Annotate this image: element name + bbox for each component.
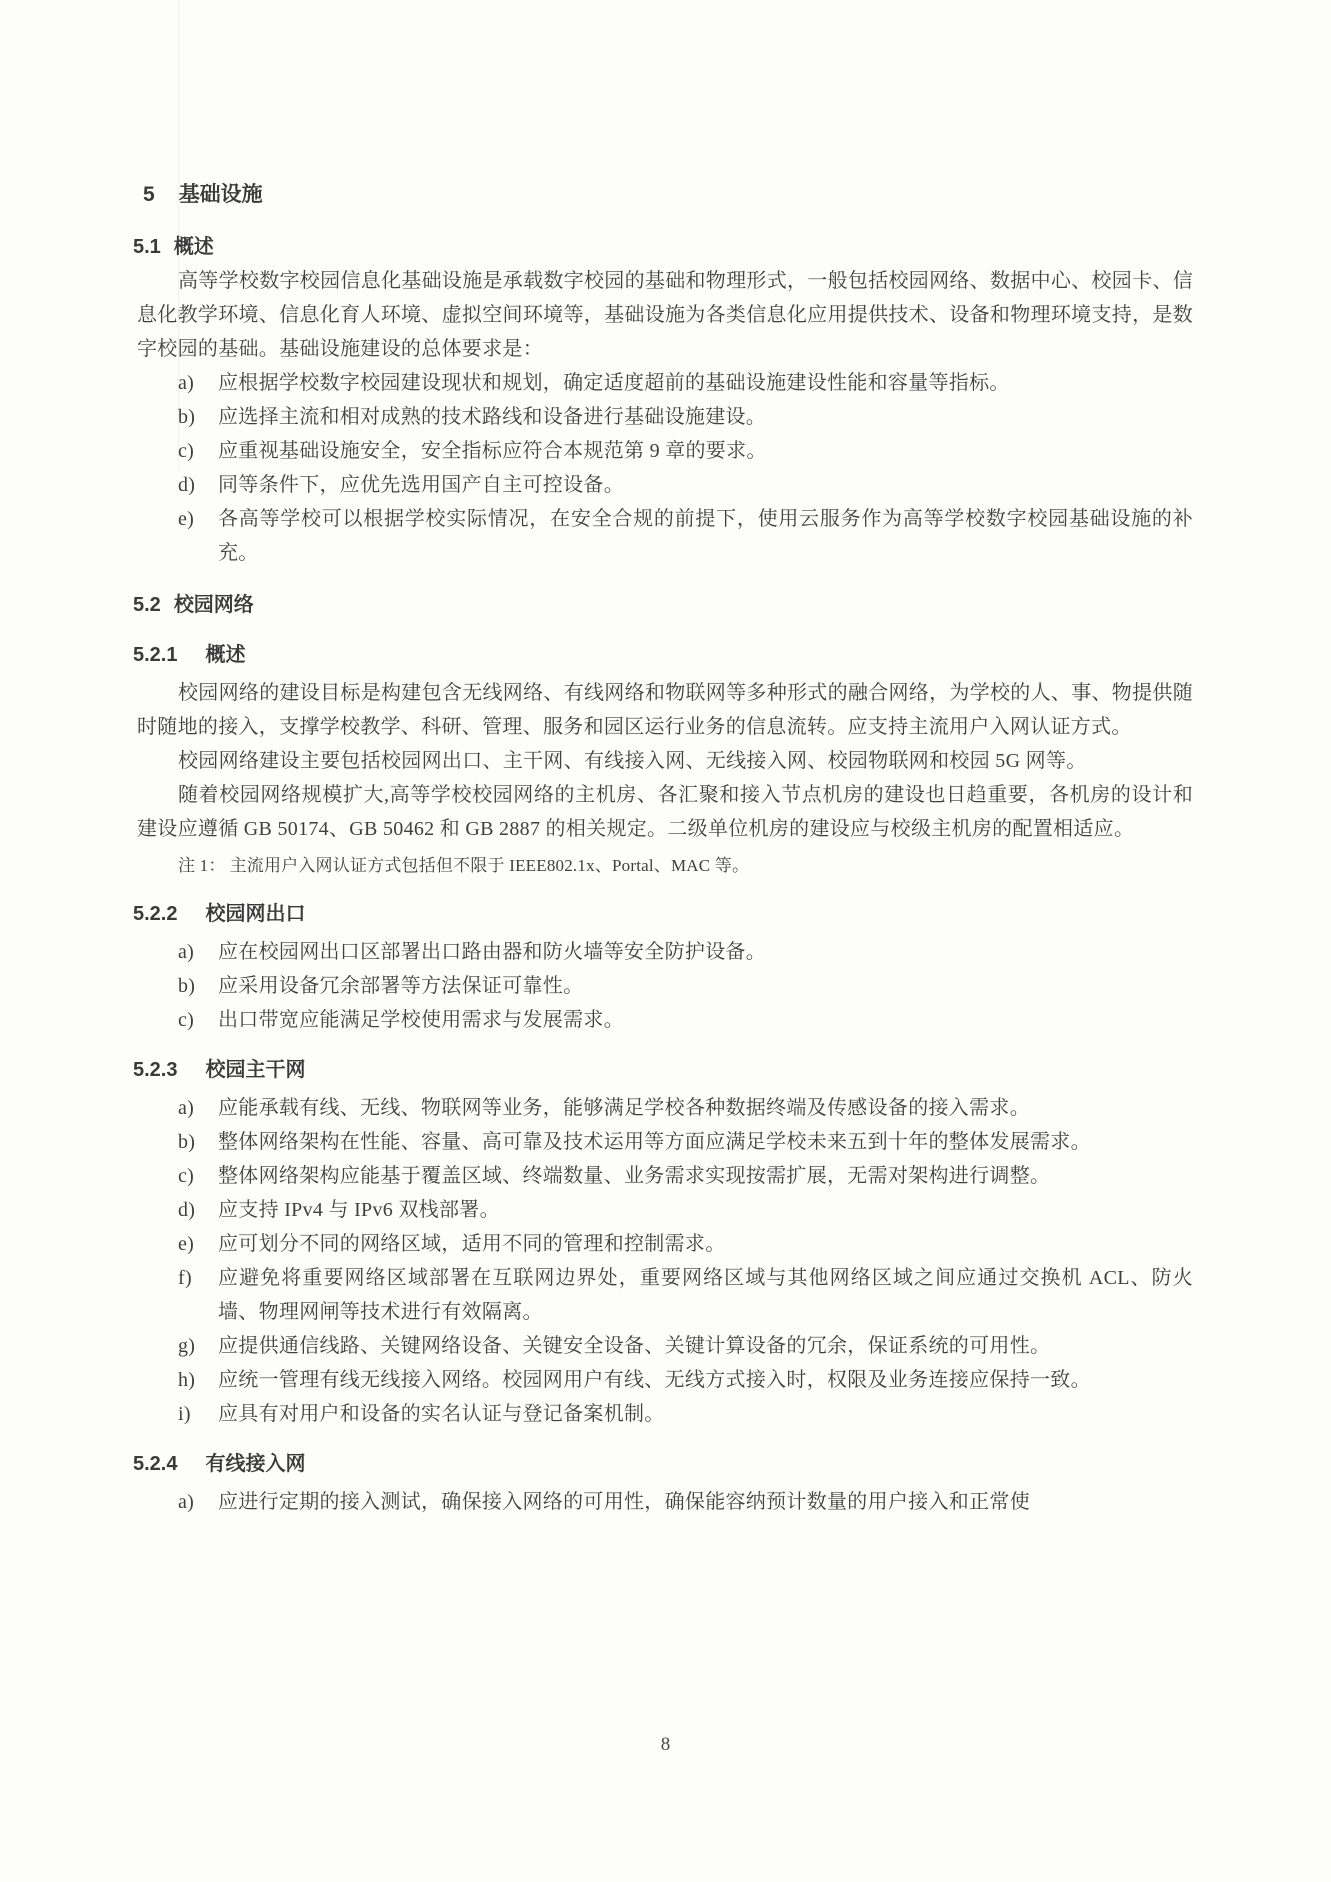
clause-number: 5.2.2: [133, 903, 177, 925]
list-item-text: 应进行定期的接入测试，确保接入网络的可用性，确保能容纳预计数量的用户接入和正常使: [218, 1491, 1030, 1513]
list-item-marker: e): [178, 502, 194, 536]
ordered-list: a)应能承载有线、无线、物联网等业务，能够满足学校各种数据终端及传感设备的接入需…: [137, 1091, 1193, 1431]
ordered-list: a)应在校园网出口区部署出口路由器和防火墙等安全防护设备。b)应采用设备冗余部署…: [137, 935, 1193, 1037]
list-item: a)应进行定期的接入测试，确保接入网络的可用性，确保能容纳预计数量的用户接入和正…: [137, 1485, 1193, 1519]
clause-title: 校园网出口: [205, 903, 305, 925]
paragraph: 校园网络建设主要包括校园网出口、主干网、有线接入网、无线接入网、校园物联网和校园…: [137, 744, 1193, 778]
list-item-text: 应重视基础设施安全，安全指标应符合本规范第 9 章的要求。: [218, 440, 767, 462]
paragraph: 随着校园网络规模扩大,高等学校校园网络的主机房、各汇聚和接入节点机房的建设也日趋…: [137, 778, 1193, 846]
document-content: 5基础设施5.1概述高等学校数字校园信息化基础设施是承载数字校园的基础和物理形式…: [137, 0, 1193, 1519]
document-page: 5基础设施5.1概述高等学校数字校园信息化基础设施是承载数字校园的基础和物理形式…: [0, 0, 1331, 1882]
clause-number: 5.2.4: [133, 1453, 177, 1475]
clause-heading: 5基础设施: [143, 178, 1193, 212]
list-item-marker: b): [178, 969, 195, 1003]
subsubclause-heading: 5.2.3校园主干网: [133, 1053, 1193, 1087]
ordered-list: a)应根据学校数字校园建设现状和规划，确定适度超前的基础设施建设性能和容量等指标…: [137, 366, 1193, 570]
clause-number: 5: [143, 183, 155, 206]
list-item: d)同等条件下，应优先选用国产自主可控设备。: [137, 468, 1193, 502]
list-item-text: 应具有对用户和设备的实名认证与登记备案机制。: [218, 1403, 665, 1425]
list-item: b)整体网络架构在性能、容量、高可靠及技术运用等方面应满足学校未来五到十年的整体…: [137, 1125, 1193, 1159]
list-item: b)应选择主流和相对成熟的技术路线和设备进行基础设施建设。: [137, 400, 1193, 434]
list-item-text: 应避免将重要网络区域部署在互联网边界处，重要网络区域与其他网络区域之间应通过交换…: [218, 1267, 1193, 1323]
list-item-marker: a): [178, 366, 194, 400]
list-item-marker: c): [178, 1003, 194, 1037]
list-item: a)应在校园网出口区部署出口路由器和防火墙等安全防护设备。: [137, 935, 1193, 969]
paragraph: 高等学校数字校园信息化基础设施是承载数字校园的基础和物理形式，一般包括校园网络、…: [137, 264, 1193, 366]
list-item-text: 应采用设备冗余部署等方法保证可靠性。: [218, 975, 583, 997]
list-item-text: 同等条件下，应优先选用国产自主可控设备。: [218, 474, 624, 496]
list-item-marker: a): [178, 1485, 194, 1519]
list-item-marker: h): [178, 1363, 195, 1397]
page-number: 8: [0, 1734, 1331, 1756]
clause-number: 5.1: [133, 236, 161, 258]
note-text: 主流用户入网认证方式包括但不限于 IEEE802.1x、Portal、MAC 等…: [230, 856, 750, 875]
list-item-text: 应在校园网出口区部署出口路由器和防火墙等安全防护设备。: [218, 941, 766, 963]
note-label: 注 1：: [178, 856, 226, 875]
list-item-marker: a): [178, 1091, 194, 1125]
list-item-text: 应能承载有线、无线、物联网等业务，能够满足学校各种数据终端及传感设备的接入需求。: [218, 1097, 1030, 1119]
list-item-text: 应根据学校数字校园建设现状和规划，确定适度超前的基础设施建设性能和容量等指标。: [218, 372, 1010, 394]
list-item: c)出口带宽应能满足学校使用需求与发展需求。: [137, 1003, 1193, 1037]
clause-number: 5.2: [133, 594, 161, 616]
list-item-marker: c): [178, 434, 194, 468]
list-item: g)应提供通信线路、关键网络设备、关键安全设备、关键计算设备的冗余，保证系统的可…: [137, 1329, 1193, 1363]
list-item: b)应采用设备冗余部署等方法保证可靠性。: [137, 969, 1193, 1003]
list-item-text: 整体网络架构应能基于覆盖区域、终端数量、业务需求实现按需扩展，无需对架构进行调整…: [218, 1165, 1050, 1187]
ordered-list: a)应进行定期的接入测试，确保接入网络的可用性，确保能容纳预计数量的用户接入和正…: [137, 1485, 1193, 1519]
list-item-text: 整体网络架构在性能、容量、高可靠及技术运用等方面应满足学校未来五到十年的整体发展…: [218, 1131, 1091, 1153]
clause-title: 概述: [205, 644, 245, 666]
list-item: c)整体网络架构应能基于覆盖区域、终端数量、业务需求实现按需扩展，无需对架构进行…: [137, 1159, 1193, 1193]
subsubclause-heading: 5.2.4有线接入网: [133, 1447, 1193, 1481]
clause-number: 5.2.3: [133, 1059, 177, 1081]
list-item-marker: a): [178, 935, 194, 969]
list-item-marker: f): [178, 1261, 192, 1295]
list-item-marker: d): [178, 468, 195, 502]
list-item: d)应支持 IPv4 与 IPv6 双栈部署。: [137, 1193, 1193, 1227]
clause-title: 概述: [174, 236, 214, 258]
list-item: i)应具有对用户和设备的实名认证与登记备案机制。: [137, 1397, 1193, 1431]
clause-title: 校园主干网: [205, 1059, 305, 1081]
list-item-text: 出口带宽应能满足学校使用需求与发展需求。: [218, 1009, 624, 1031]
list-item: e)各高等学校可以根据学校实际情况，在安全合规的前提下，使用云服务作为高等学校数…: [137, 502, 1193, 570]
list-item-text: 应统一管理有线无线接入网络。校园网用户有线、无线方式接入时，权限及业务连接应保持…: [218, 1369, 1091, 1391]
list-item-text: 应支持 IPv4 与 IPv6 双栈部署。: [218, 1199, 500, 1221]
subclause-heading: 5.1概述: [133, 230, 1193, 264]
list-item: f)应避免将重要网络区域部署在互联网边界处，重要网络区域与其他网络区域之间应通过…: [137, 1261, 1193, 1329]
list-item-marker: b): [178, 400, 195, 434]
list-item: e)应可划分不同的网络区域，适用不同的管理和控制需求。: [137, 1227, 1193, 1261]
subsubclause-heading: 5.2.1概述: [133, 638, 1193, 672]
list-item-marker: i): [178, 1397, 191, 1431]
subclause-heading: 5.2校园网络: [133, 588, 1193, 622]
clause-title: 校园网络: [174, 594, 254, 616]
list-item-marker: e): [178, 1227, 194, 1261]
list-item-text: 各高等学校可以根据学校实际情况，在安全合规的前提下，使用云服务作为高等学校数字校…: [218, 508, 1193, 564]
list-item-text: 应选择主流和相对成熟的技术路线和设备进行基础设施建设。: [218, 406, 766, 428]
list-item: h)应统一管理有线无线接入网络。校园网用户有线、无线方式接入时，权限及业务连接应…: [137, 1363, 1193, 1397]
list-item: a)应能承载有线、无线、物联网等业务，能够满足学校各种数据终端及传感设备的接入需…: [137, 1091, 1193, 1125]
note: 注 1：主流用户入网认证方式包括但不限于 IEEE802.1x、Portal、M…: [137, 851, 1193, 881]
clause-number: 5.2.1: [133, 644, 177, 666]
clause-title: 基础设施: [179, 183, 263, 206]
list-item: c)应重视基础设施安全，安全指标应符合本规范第 9 章的要求。: [137, 434, 1193, 468]
list-item-text: 应提供通信线路、关键网络设备、关键安全设备、关键计算设备的冗余，保证系统的可用性…: [218, 1335, 1050, 1357]
clause-title: 有线接入网: [205, 1453, 305, 1475]
list-item-marker: c): [178, 1159, 194, 1193]
list-item: a)应根据学校数字校园建设现状和规划，确定适度超前的基础设施建设性能和容量等指标…: [137, 366, 1193, 400]
list-item-marker: d): [178, 1193, 195, 1227]
list-item-marker: b): [178, 1125, 195, 1159]
list-item-text: 应可划分不同的网络区域，适用不同的管理和控制需求。: [218, 1233, 726, 1255]
paragraph: 校园网络的建设目标是构建包含无线网络、有线网络和物联网等多种形式的融合网络，为学…: [137, 676, 1193, 744]
list-item-marker: g): [178, 1329, 195, 1363]
subsubclause-heading: 5.2.2校园网出口: [133, 897, 1193, 931]
